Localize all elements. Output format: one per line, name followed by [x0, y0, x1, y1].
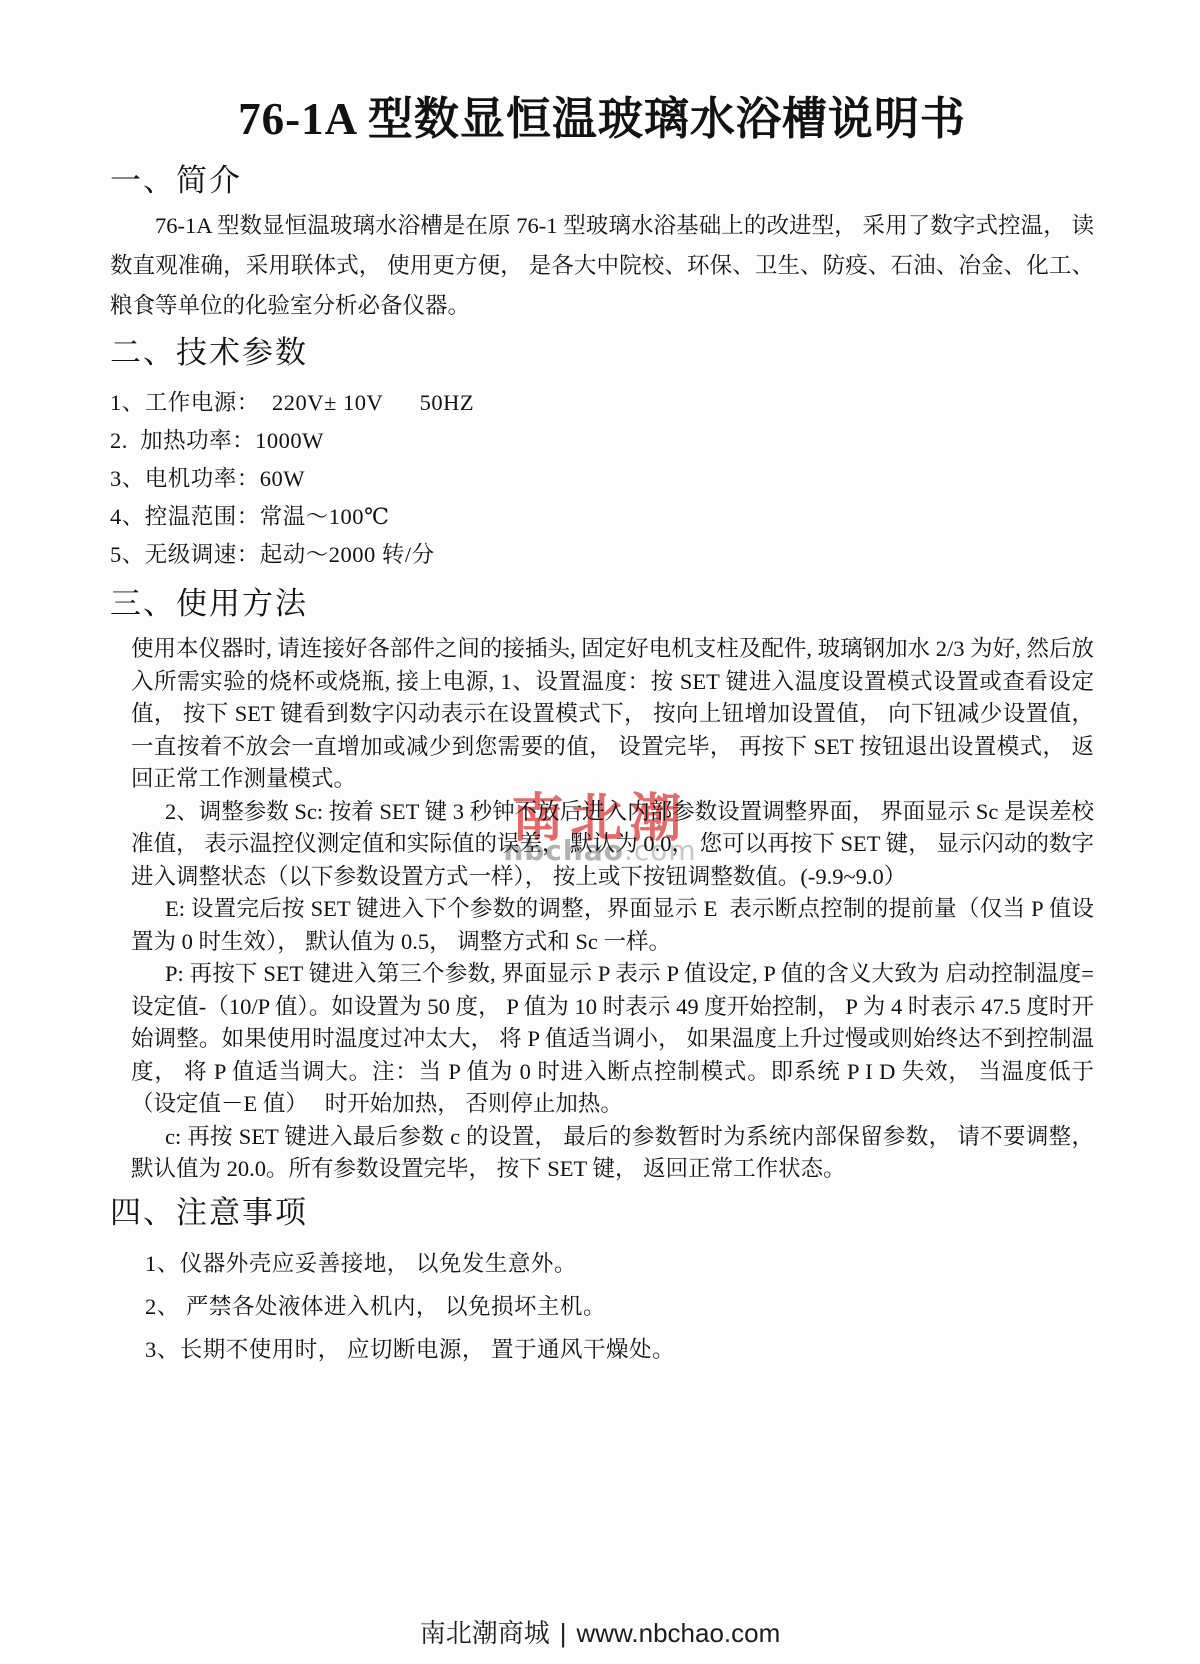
document-content: 76-1A 型数显恒温玻璃水浴槽说明书 一、简介 76-1A 型数显恒温玻璃水浴…: [0, 0, 1200, 1362]
usage-paragraph-c: c: 再按 SET 键进入最后参数 c 的设置， 最后的参数暂时为系统内部保留参…: [131, 1121, 1094, 1186]
spec-item-motor-power: 3、电机功率：60W: [110, 467, 1094, 490]
note-item-liquid: 2、 严禁各处液体进入机内， 以免损坏主机。: [145, 1295, 1094, 1319]
section-heading-usage: 三、使用方法: [110, 581, 1094, 627]
spec-item-power-supply: 1、工作电源： 220V± 10V 50HZ: [110, 391, 1094, 414]
usage-paragraph-setup: 使用本仪器时, 请连接好各部件之间的接插头, 固定好电机支柱及配件, 玻璃钢加水…: [131, 633, 1094, 796]
note-item-grounding: 1、仪器外壳应妥善接地， 以免发生意外。: [145, 1252, 1094, 1276]
spec-list: 1、工作电源： 220V± 10V 50HZ 2. 加热功率：1000W 3、电…: [110, 391, 1094, 566]
section-heading-intro: 一、简介: [110, 158, 1094, 204]
notes-list: 1、仪器外壳应妥善接地， 以免发生意外。 2、 严禁各处液体进入机内， 以免损坏…: [145, 1252, 1094, 1362]
intro-paragraph: 76-1A 型数显恒温玻璃水浴槽是在原 76-1 型玻璃水浴基础上的改进型， 采…: [110, 206, 1094, 326]
document-title: 76-1A 型数显恒温玻璃水浴槽说明书: [110, 88, 1094, 150]
spec-item-speed-range: 5、无级调速：起动～2000 转/分: [110, 543, 1094, 566]
usage-section: 使用本仪器时, 请连接好各部件之间的接插头, 固定好电机支柱及配件, 玻璃钢加水…: [131, 633, 1094, 1186]
section-heading-notes: 四、注意事项: [110, 1190, 1094, 1236]
site-footer: 南北潮商城|www.nbchao.com: [0, 1613, 1200, 1650]
spec-item-temp-range: 4、控温范围：常温～100℃: [110, 505, 1094, 528]
footer-site-name: 南北潮商城: [420, 1618, 550, 1648]
manual-page: 南北潮 nbchao.com 76-1A 型数显恒温玻璃水浴槽说明书 一、简介 …: [0, 0, 1200, 1664]
usage-paragraph-p: P: 再按下 SET 键进入第三个参数, 界面显示 P 表示 P 值设定, P …: [131, 958, 1094, 1121]
spec-item-heating-power: 2. 加热功率：1000W: [110, 429, 1094, 452]
usage-paragraph-e: E: 设置完后按 SET 键进入下个参数的调整，界面显示 E 表示断点控制的提前…: [131, 893, 1094, 958]
section-heading-specs: 二、技术参数: [110, 330, 1094, 376]
note-item-storage: 3、长期不使用时， 应切断电源， 置于通风干燥处。: [145, 1338, 1094, 1362]
footer-separator: |: [550, 1618, 577, 1648]
footer-url[interactable]: www.nbchao.com: [577, 1618, 781, 1648]
usage-paragraph-sc: 2、调整参数 Sc: 按着 SET 键 3 秒钟不放后进入内部参数设置调整界面，…: [131, 796, 1094, 894]
